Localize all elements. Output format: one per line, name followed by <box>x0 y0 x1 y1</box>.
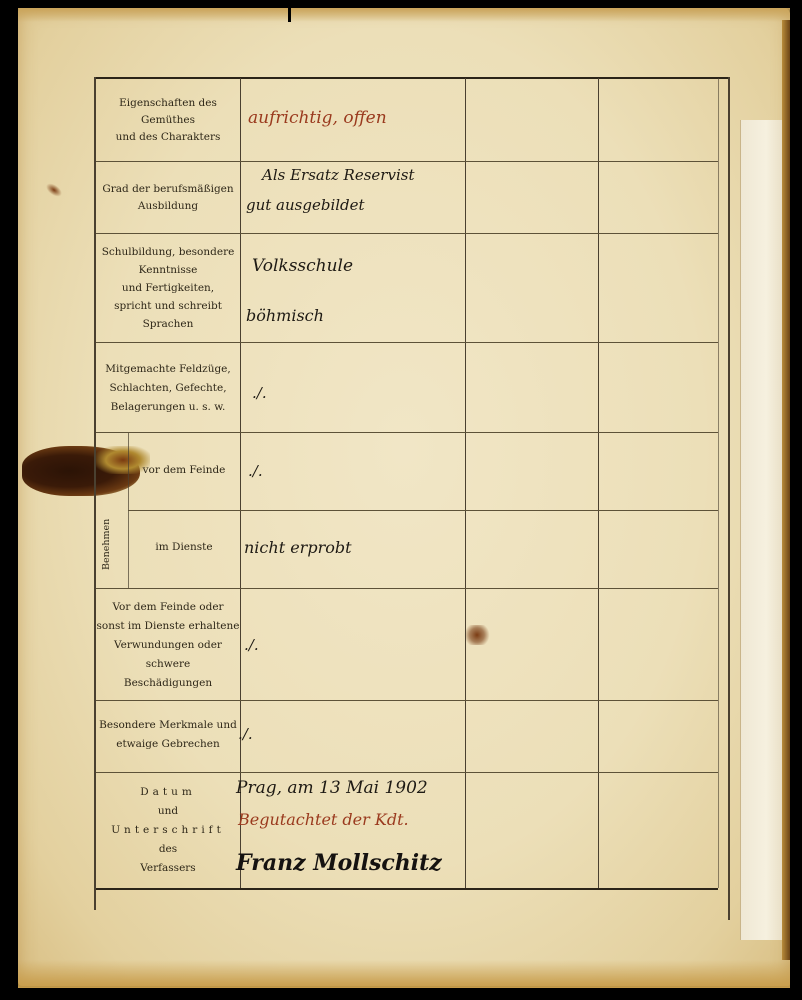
label-campaigns: Mitgemachte Feldzüge, Schlachten, Gefech… <box>96 350 240 426</box>
row-line <box>96 342 718 343</box>
entry-training-line1: Als Ersatz Reservist <box>262 166 414 184</box>
col-divider-label <box>240 78 241 888</box>
entry-date-place: Prag, am 13 Mai 1902 <box>236 778 428 798</box>
entry-wounds: ./. <box>244 636 259 654</box>
row-line <box>96 588 718 589</box>
binding-edge <box>782 20 790 960</box>
entry-before-enemy: ./. <box>248 462 263 480</box>
label-line: Datum <box>140 783 196 802</box>
label-line: des <box>159 840 177 859</box>
label-line: Belagerungen u. s. w. <box>111 398 226 417</box>
label-line: Schlachten, Gefechte, <box>109 379 226 398</box>
row-line <box>96 432 718 433</box>
col-divider-2 <box>465 78 466 888</box>
col-divider-3 <box>598 78 599 888</box>
label-line: Beschädigungen <box>124 674 212 693</box>
label-line: Kenntnisse <box>139 261 198 279</box>
label-benehmen-group: Benehmen <box>101 519 112 570</box>
label-date-signature: Datum und Unterschrift des Verfassers <box>96 782 240 878</box>
label-line: etwaige Gebrechen <box>116 735 220 754</box>
label-marks: Besondere Merkmale und etwaige Gebrechen <box>96 712 240 758</box>
label-line: spricht und schreibt <box>114 297 222 315</box>
label-line: Eigenschaften des Gemüthes <box>96 95 240 129</box>
label-line: Verwundungen oder schwere <box>96 636 240 674</box>
entry-education-line2: böhmisch <box>246 306 324 325</box>
table-bottom-line <box>96 888 718 890</box>
label-line: und <box>158 802 178 821</box>
col-divider-inner-right <box>718 78 719 888</box>
table-right-border <box>728 77 730 920</box>
label-line: und Fertigkeiten, <box>122 279 214 297</box>
paper-top-edge-discoloration <box>18 8 790 22</box>
row-line <box>96 233 718 234</box>
row-line <box>96 772 718 773</box>
label-before-enemy: vor dem Feinde <box>128 455 240 485</box>
entry-training-line2: gut ausgebildet <box>246 196 365 214</box>
row-line <box>96 700 718 701</box>
label-in-service: im Dienste <box>128 532 240 562</box>
label-line: im Dienste <box>155 539 212 556</box>
label-line: und des Charakters <box>116 129 221 146</box>
label-line: Schulbildung, besondere <box>102 243 235 261</box>
label-line: Unterschrift <box>111 821 225 840</box>
label-line: Verfassers <box>140 859 195 878</box>
entry-campaigns: ./. <box>252 384 267 402</box>
entry-marks: ./. <box>238 725 253 743</box>
paper-bottom-edge-discoloration <box>18 960 790 988</box>
label-line: sonst im Dienste erhaltene <box>96 617 239 636</box>
row-line <box>96 161 718 162</box>
label-training: Grad der berufsmäßigen Ausbildung <box>96 170 240 225</box>
label-line: Vor dem Feinde oder <box>112 598 223 617</box>
label-line: Mitgemachte Feldzüge, <box>105 360 230 379</box>
paper-tear <box>288 8 291 22</box>
row-line <box>128 510 718 511</box>
label-character: Eigenschaften des Gemüthes und des Chara… <box>96 95 240 145</box>
label-line: Ausbildung <box>138 198 198 215</box>
label-line: Grad der berufsmäßigen <box>102 181 233 198</box>
label-wounds: Vor dem Feinde oder sonst im Dienste erh… <box>96 600 240 690</box>
entry-character: aufrichtig, offen <box>248 108 387 128</box>
entry-education-line1: Volksschule <box>252 256 353 276</box>
label-line: Besondere Merkmale und <box>99 716 237 735</box>
entry-red-note: Begutachtet der Kdt. <box>238 810 409 829</box>
label-education: Schulbildung, besondere Kenntnisse und F… <box>96 238 240 338</box>
signature: Franz Mollschitz <box>236 850 442 876</box>
binding-flap <box>740 120 783 940</box>
entry-in-service: nicht erprobt <box>244 538 352 557</box>
label-line: Sprachen <box>143 315 194 333</box>
label-line: vor dem Feinde <box>143 462 226 479</box>
